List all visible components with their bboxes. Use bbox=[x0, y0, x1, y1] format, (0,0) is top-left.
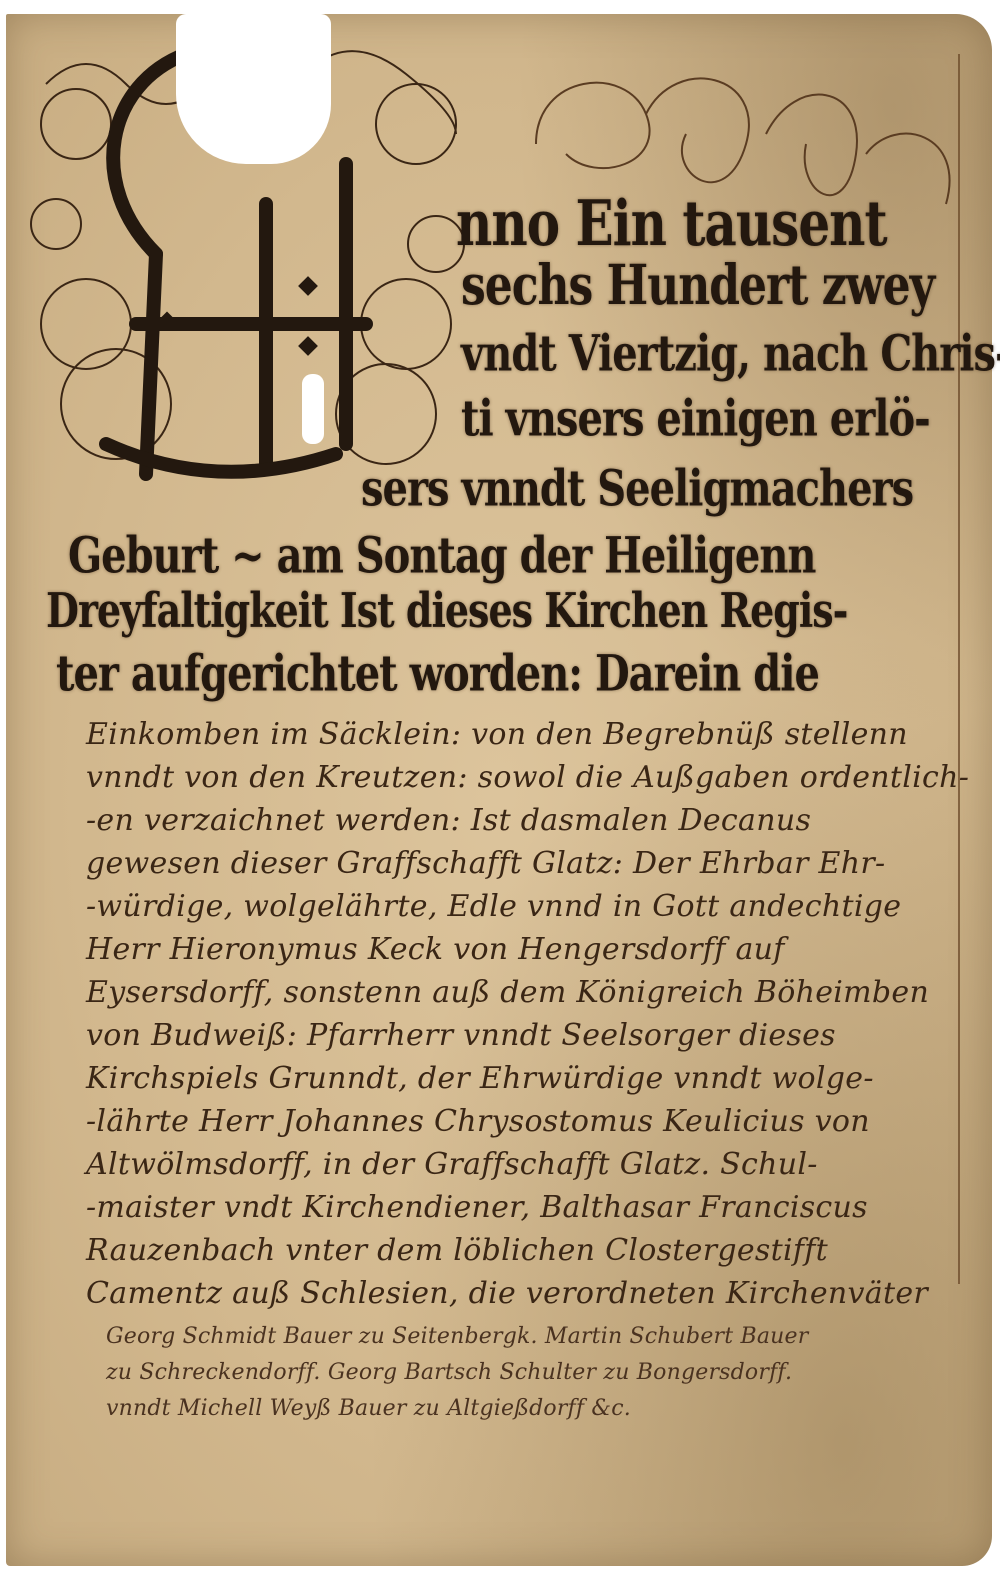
body-line-3: -en verzaichnet werden: Ist dasmalen Dec… bbox=[86, 803, 811, 838]
body-line-11: Altwölmsdorff, in der Graffschafft Glatz… bbox=[86, 1147, 818, 1182]
body-line-12: -maister vndt Kirchendiener, Balthasar F… bbox=[86, 1190, 868, 1225]
heading-line-7: Dreyfaltigkeit Ist dieses Kirchen Regis- bbox=[46, 582, 847, 638]
margin-rule bbox=[958, 54, 960, 1284]
heading-line-8: ter aufgerichtet worden: Darein die bbox=[56, 644, 819, 703]
heading-line-5: sers vnndt Seeligmachers bbox=[361, 459, 913, 518]
names-line-3: vnndt Michell Weyß Bauer zu Altgießdorff… bbox=[106, 1396, 631, 1421]
heading-line-1: nno Ein tausent bbox=[456, 186, 887, 260]
manuscript-page: nno Ein tausent sechs Hundert zwey vndt … bbox=[6, 14, 992, 1566]
body-line-2: vnndt von den Kreutzen: sowol die Außgab… bbox=[86, 760, 969, 795]
names-line-2: zu Schreckendorff. Georg Bartsch Schulte… bbox=[106, 1360, 792, 1385]
body-line-7: Eysersdorff, sonstenn auß dem Königreich… bbox=[86, 975, 929, 1010]
heading-line-3: vndt Viertzig, nach Chris- bbox=[461, 324, 1000, 383]
body-line-1: Einkomben im Säcklein: von den Begrebnüß… bbox=[86, 717, 908, 752]
body-line-14: Camentz auß Schlesien, die verordneten K… bbox=[86, 1276, 928, 1311]
body-line-8: von Budweiß: Pfarrherr vnndt Seelsorger … bbox=[86, 1018, 836, 1053]
body-line-9: Kirchspiels Grunndt, der Ehrwürdige vnnd… bbox=[86, 1061, 874, 1096]
body-line-5: -würdige, wolgelährte, Edle vnnd in Gott… bbox=[86, 889, 901, 924]
body-line-13: Rauzenbach vnter dem löblichen Closterge… bbox=[86, 1233, 828, 1268]
body-line-10: -lährte Herr Johannes Chrysostomus Keuli… bbox=[86, 1104, 870, 1139]
heading-line-2: sechs Hundert zwey bbox=[461, 254, 934, 318]
names-line-1: Georg Schmidt Bauer zu Seitenbergk. Mart… bbox=[106, 1324, 809, 1349]
heading-line-6: Geburt ~ am Sontag der Heiligenn bbox=[68, 526, 816, 585]
body-line-6: Herr Hieronymus Keck von Hengersdorff au… bbox=[86, 932, 785, 967]
paper-hole bbox=[302, 374, 324, 444]
heading-line-4: ti vnsers einigen erlö- bbox=[461, 389, 930, 448]
paper-hole bbox=[176, 14, 331, 164]
body-line-4: gewesen dieser Graffschafft Glatz: Der E… bbox=[86, 846, 885, 881]
